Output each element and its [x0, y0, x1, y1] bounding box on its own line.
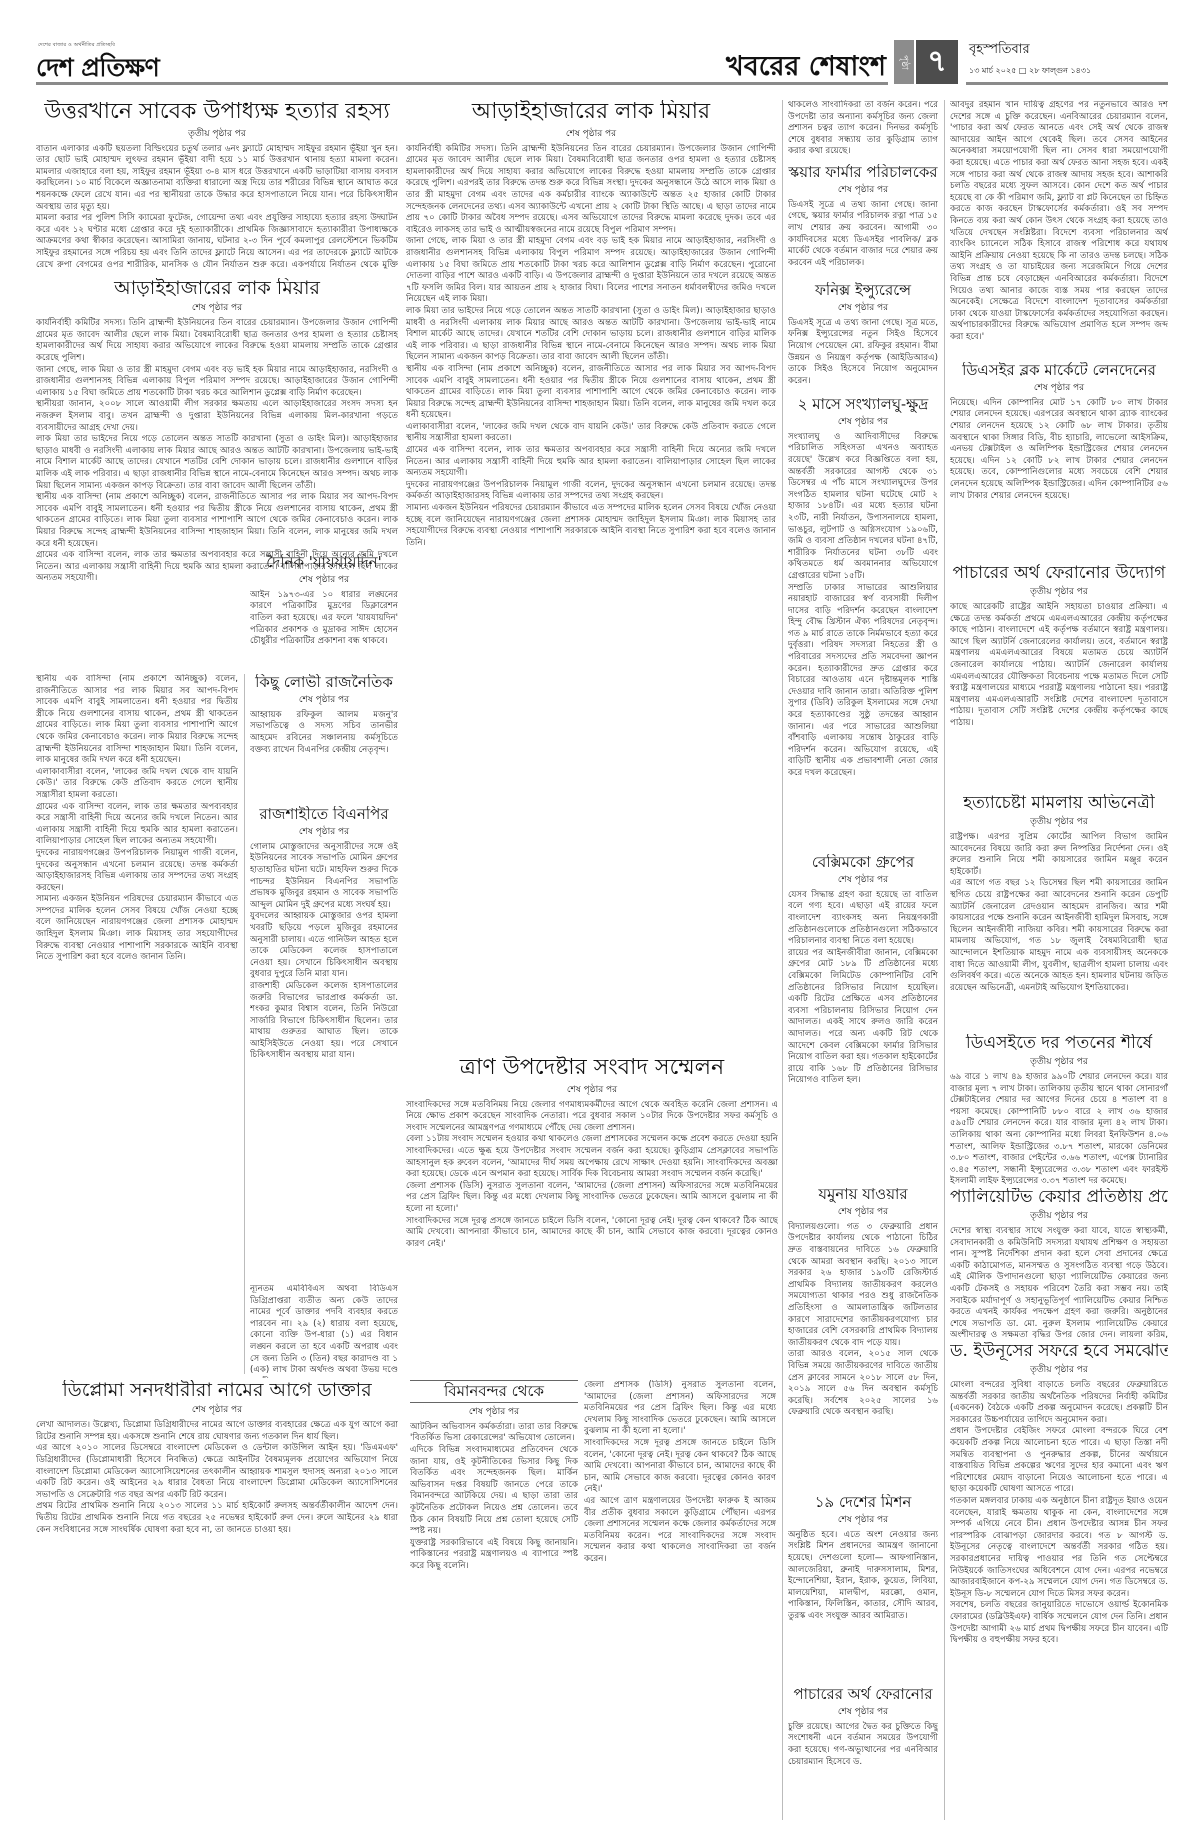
article-rajshahi[interactable]: রাজশাহীতে বিএনপির শেষ পৃষ্ঠার পর গোলাম ম…: [250, 806, 398, 1276]
article-mission-19[interactable]: ১৯ দেশের মিশন শেষ পৃষ্ঠার পর অনুষ্ঠিত হব…: [788, 1494, 938, 1682]
article-jaijaidin[interactable]: দৈনিক 'যায়যায়দিন' শেষ পৃষ্ঠার পর আইন ১…: [250, 554, 398, 664]
jump-line: শেষ পৃষ্ঠার পর: [788, 300, 938, 315]
jump-line: তৃতীয় পৃষ্ঠার পর: [950, 814, 1168, 829]
article-body: মোংলা বন্দরের সুবিধা বাড়াতে চলতি বছরের …: [950, 1380, 1168, 1647]
paragraph: জানা গেছে, লাক মিয়া ও তার স্ত্রী মাহমুদ…: [36, 365, 398, 400]
article-headline[interactable]: প্যালিয়েটিভ কেয়ার প্রতিষ্ঠায় প্রয়োজন: [950, 1188, 1168, 1207]
paragraph: সাংবাদিকদের সঙ্গে দূরত্ব প্রসঙ্গে জানতে …: [584, 1438, 776, 1496]
jump-line: তৃতীয় পৃষ্ঠার পর: [950, 584, 1168, 599]
paragraph: চুক্তি রয়েছে। আগের দ্বৈত কর চুক্তিতে কি…: [788, 1722, 938, 1768]
paragraph: যেসব সিদ্ধান্ত গ্রহণ করা হয়েছে তা বাতিল…: [788, 890, 938, 948]
paragraph: সাংবাদিকদের সঙ্গে দূরত্ব প্রসঙ্গে জানতে …: [406, 1216, 778, 1251]
paragraph: গ্রামের এক বাসিন্দা বলেন, লাক তার ক্ষমতা…: [406, 445, 776, 480]
article-songkhaloghu[interactable]: ২ মাসে সংখ্যালঘু-ক্ষুদ্র শেষ পৃষ্ঠার পর …: [788, 396, 938, 848]
jump-line: শেষ পৃষ্ঠার পর: [410, 1404, 578, 1419]
paragraph: সাংবাদিকদের সঙ্গে মতবিনিময় নিয়ে জেলার …: [406, 1100, 778, 1135]
article-body: গোলাম মোস্তুজাদের অনুসারীদের সঙ্গে ওই ইউ…: [250, 842, 398, 1062]
jump-line: শেষ পৃষ্ঠার পর: [250, 572, 398, 587]
jump-line: শেষ পৃষ্ঠার পর: [788, 414, 938, 429]
paragraph: এর আগে ২০১০ সালের ডিসেম্বরে বাংলাদেশ মেড…: [36, 1443, 398, 1501]
article-body: লেখা আদালত। উল্লেখ্য, ডিপ্লোমা ডিগ্রিধার…: [36, 1420, 398, 1536]
jump-line: তৃতীয় পৃষ্ঠার পর: [36, 126, 398, 141]
jump-line: শেষ পৃষ্ঠার পর: [788, 1204, 938, 1219]
jump-line: তৃতীয় পৃষ্ঠার পর: [950, 1208, 1168, 1223]
article-headline[interactable]: যমুনায় যাওয়ার: [788, 1186, 938, 1203]
page-number: ৭: [916, 40, 958, 84]
article-headline[interactable]: আড়াইহাজারের লাক মিয়ার: [406, 100, 776, 125]
paragraph: গ্রামের এক বাসিন্দা বলেন, লাক তার ক্ষমতা…: [36, 802, 238, 848]
paragraph: রাজশাহী মেডিকেল কলেজ হাসপাতালের জরুরি বি…: [250, 981, 398, 1062]
paragraph: মামলা করার পর পুলিশ সিসি ক্যামেরা ফুটেজ,…: [36, 213, 398, 270]
date-line: ১৩ মার্চ ২০২৫ □ ২৮ ফাল্গুন ১৪৩১: [969, 65, 1169, 78]
article-biman[interactable]: বিমানবন্দর থেকে শেষ পৃষ্ঠার পর আটকিন অভি…: [410, 1380, 578, 1820]
paragraph: ডিএসই সূত্রে এ তথ্য জানা গেছে। জানা গেছে…: [788, 200, 938, 270]
article-phoenix[interactable]: ফনিক্স ইন্স্যুরেন্সে শেষ পৃষ্ঠার পর ডিএস…: [788, 282, 938, 390]
paragraph: দেশের স্বাস্থ্য ব্যবস্থার সাথে সংযুক্ত ক…: [950, 1226, 1168, 1338]
paragraph: প্রথম রিটের প্রাথমিক শুনানি নিয়ে ২০১৩ স…: [36, 1501, 398, 1536]
paragraph: দুদকের নারায়ণগঞ্জের উপপরিচালক নিয়ামুল …: [406, 480, 776, 503]
article-headline[interactable]: ত্রাণ উপদেষ্টার সংবাদ সম্মেলন: [406, 1056, 778, 1081]
article-pacharer-bottom[interactable]: পাচারের অর্থ ফেরানোর শেষ পৃষ্ঠার পর চুক্…: [788, 1686, 938, 1820]
paragraph: এর আগে ত্রাণ মন্ত্রণালয়ের উপদেষ্টা ফারু…: [584, 1496, 776, 1566]
jump-line: শেষ পৃষ্ঠার পর: [788, 182, 938, 197]
article-body: দেশের স্বাস্থ্য ব্যবস্থার সাথে সংযুক্ত ক…: [950, 1226, 1168, 1338]
column-rule: [244, 674, 245, 1374]
article-uttarkhan[interactable]: উত্তরখানে সাবেক উপাধ্যক্ষ হত্যার রহস্য ত…: [36, 100, 398, 270]
paragraph: আইন ১৯৭৩-এর ১০ ধারার লঙ্ঘনের কারণে পত্রি…: [250, 590, 398, 648]
article-body: অনুষ্ঠিত হবে। এতে অংশ নেওয়ার জন্য সংশ্ল…: [788, 1530, 938, 1623]
article-body: আবদুর রহমান খান দায়িত্ব গ্রহণের পর নতুন…: [950, 100, 1168, 343]
paragraph: প্রধান উপদেষ্টার বেইজিং সফরে মোংলা বন্দর…: [950, 1426, 1168, 1496]
jump-line: তৃতীয় পৃষ্ঠার পর: [950, 1054, 1168, 1069]
article-diploma[interactable]: ডিপ্লোমা সনদধারীরা নামের আগে ডাক্তার শেষ…: [36, 1380, 398, 1820]
article-body: থাকলেও সাংবাদিকরা তা বর্জন করেন। পরে উপদ…: [788, 100, 938, 158]
article-square-pharma[interactable]: স্কয়ার ফার্মার পরিচালকের শেষ পৃষ্ঠার পর…: [788, 164, 938, 276]
article-headline[interactable]: কিছু লোভী রাজনৈতিক: [250, 674, 398, 691]
paragraph: গোলাম মোস্তুজাদের অনুসারীদের সঙ্গে ওই ইউ…: [250, 842, 398, 912]
column-rule: [944, 100, 945, 1820]
paragraph: সম্প্রতি ঢাকার সাভারের আশুলিয়ার নয়ারহা…: [788, 583, 938, 780]
jump-line: তৃতীয় পৃষ্ঠার পর: [950, 1362, 1168, 1377]
article-body: ডিএসই সূত্রে এ তথ্য জানা গেছে। সূত্র মতে…: [788, 318, 938, 388]
paragraph: নিয়েছে। এদিন কোম্পানির মোট ১৭ কোটি ৮০ ল…: [950, 398, 1168, 502]
article-headline[interactable]: ড. ইউনূসের সফরে হবে সমঝোতা, মোংলা: [950, 1342, 1168, 1361]
date-block: বৃহস্পতিবার ১৩ মার্চ ২০২৫ □ ২৮ ফাল্গুন ১…: [969, 40, 1169, 78]
masthead: দেশের বাজার ও অর্থনীতির প্রতিচ্ছবি দেশ প…: [36, 28, 1168, 86]
paragraph: কার্যনির্বাহী কমিটির সদস্য। তিনি ব্রাহ্ম…: [406, 144, 776, 237]
jump-line: শেষ পৃষ্ঠার পর: [788, 872, 938, 887]
paragraph: বেলা ১১টায় সংবাদ সম্মেলন হওয়ার কথা থাক…: [406, 1134, 778, 1180]
paragraph: লাক মিয়া তার ভাইদের নিয়ে গড়ে তোলেন অন…: [36, 434, 398, 492]
article-body: নিয়েছে। এদিন কোম্পানির মোট ১৭ কোটি ৮০ ল…: [950, 398, 1168, 502]
paragraph: সবশেষ, চলতি বছরের জানুয়ারিতে দাভোসে ওয়…: [950, 1600, 1168, 1646]
column-rule: [782, 100, 783, 1820]
paragraph: সামান্য একজন ইউনিয়ন পরিষদের চেয়ারম্যান…: [406, 503, 776, 549]
paragraph: ডিএসই সূত্রে এ তথ্য জানা গেছে। সূত্র মতে…: [788, 318, 938, 388]
paragraph: এলাকাবাসীরা বলেন, 'লাকের জমি দখল থেকে বা…: [36, 767, 238, 802]
article-headline[interactable]: বেক্সিমকো গ্রুপের: [788, 854, 938, 871]
jump-line: শেষ পৃষ্ঠার পর: [406, 1082, 778, 1097]
article-tran-upodeshta[interactable]: ত্রাণ উপদেষ্টার সংবাদ সম্মেলন শেষ পৃষ্ঠা…: [406, 1056, 778, 1376]
article-headline[interactable]: আড়াইহাজারের লাক মিয়ার: [36, 278, 398, 299]
article-headline[interactable]: ২ মাসে সংখ্যালঘু-ক্ষুদ্র: [788, 396, 938, 413]
jump-line: শেষ পৃষ্ঠার পর: [788, 1704, 938, 1719]
article-body: ন্যূনতম এমবিবিএস অথবা বিডিএস ডিগ্রিপ্রাপ…: [250, 1284, 398, 1378]
article-headline[interactable]: পাচারের অর্থ ফেরানোর: [788, 1686, 938, 1703]
article-dse-block-market[interactable]: ডিএসইর ব্লক মার্কেটে লেনদেনের শেষ পৃষ্ঠা…: [950, 362, 1168, 560]
paragraph: থাকলেও সাংবাদিকরা তা বর্জন করেন। পরে উপদ…: [788, 100, 938, 158]
page-label: পৃষ্ঠা: [894, 40, 914, 84]
paragraph: ৬৯ বারে ১ লাখ ৪৯ হাজার ৯৯০টি শেয়ার লেনদ…: [950, 1072, 1168, 1184]
article-body: জেলা প্রশাসক (ডিসি) নুসরাত সুলতানা বলেন,…: [584, 1380, 776, 1566]
article-body: রাষ্ট্রপক্ষ। এরপর সুপ্রিম কোর্টের আপিল ব…: [950, 832, 1168, 994]
article-body: কার্যনির্বাহী কমিটির সদস্য। তিনি ব্রাহ্ম…: [36, 318, 398, 585]
paragraph: স্থানীয় এক বাসিন্দা (নাম প্রকাশে অনিচ্ছ…: [406, 364, 776, 422]
article-column-four-top: থাকলেও সাংবাদিকরা তা বর্জন করেন। পরে উপদ…: [788, 100, 938, 162]
jump-line: শেষ পৃষ্ঠার পর: [950, 380, 1168, 395]
paragraph: রায়ের পর আইনজীবীরা জানান, বেক্সিমকো গ্র…: [788, 948, 938, 1087]
article-headline[interactable]: দৈনিক 'যায়যায়দিন': [250, 554, 398, 571]
paragraph: আবদুর রহমান খান দায়িত্ব গ্রহণের পর নতুন…: [950, 100, 1168, 343]
paragraph: আটকিন অভিবাসন কর্মকর্তারা। তারা তার বিরু…: [410, 1422, 578, 1445]
paragraph: স্থানীয়রা জানান, ২০০৮ সালে আওয়ামী লীগ …: [36, 399, 398, 434]
article-headline[interactable]: উত্তরখানে সাবেক উপাধ্যক্ষ হত্যার রহস্য: [36, 100, 398, 125]
paragraph: কার্যনির্বাহী কমিটির সদস্য। তিনি ব্রাহ্ম…: [36, 318, 398, 364]
paragraph: বাতান এলাকার একটি ছয়তলা বিল্ডিংয়ের চতু…: [36, 144, 398, 214]
article-palliative[interactable]: প্যালিয়েটিভ কেয়ার প্রতিষ্ঠায় প্রয়োজন…: [950, 1188, 1168, 1338]
article-kichu-lobhi[interactable]: কিছু লোভী রাজনৈতিক শেষ পৃষ্ঠার পর আহ্বায…: [250, 674, 398, 802]
article-jamunay[interactable]: যমুনায় যাওয়ার শেষ পৃষ্ঠার পর বিদ্যালয়…: [788, 1186, 938, 1490]
paragraph: গতকাল মঙ্গলবার ঢাকায় এক অনুষ্ঠানে চীনা …: [950, 1496, 1168, 1600]
article-tran-continued: জেলা প্রশাসক (ডিসি) নুসরাত সুলতানা বলেন,…: [584, 1380, 776, 1710]
jump-line: শেষ পৃষ্ঠার পর: [36, 1402, 398, 1417]
article-right-top-continued: আবদুর রহমান খান দায়িত্ব গ্রহণের পর নতুন…: [950, 100, 1168, 358]
paragraph: আহ্বায়ক রফিকুল আলম মজনু'র সভাপতিত্বে ও …: [250, 710, 398, 756]
paragraph: যুবদলের আহ্বায়ক মোস্তুজার ওপর হামলা খবর…: [250, 911, 398, 981]
paragraph: সংখ্যালঘু ও আদিবাসীদের বিরুদ্ধে পরিচালিত…: [788, 432, 938, 583]
article-headline[interactable]: পাচারের অর্থ ফেরানোর উদ্যোগ: [950, 564, 1168, 583]
paragraph: যুক্তরাষ্ট্র সরকারিভাবে এই বিষয়ে কিছু জ…: [410, 1538, 578, 1573]
paragraph: জেলা প্রশাসক (ডিসি) নুসরাত সুলতানা বলেন,…: [584, 1380, 776, 1438]
jump-line: শেষ পৃষ্ঠার পর: [406, 126, 776, 141]
article-body: সাংবাদিকদের সঙ্গে মতবিনিময় নিয়ে জেলার …: [406, 1100, 778, 1251]
article-headline[interactable]: বিমানবন্দর থেকে: [410, 1380, 578, 1403]
paragraph: ন্যূনতম এমবিবিএস অথবা বিডিএস ডিগ্রিপ্রাপ…: [250, 1284, 398, 1378]
paragraph: জেলা প্রশাসক (ডিসি) নুসরাত সুলতানা বলেন,…: [406, 1181, 778, 1216]
jump-line: শেষ পৃষ্ঠার পর: [250, 692, 398, 707]
article-body: কাছে আরেকটি রাষ্ট্রের আইনি সহায়তা চাওয়…: [950, 602, 1168, 730]
paragraph: সামান্য একজন ইউনিয়ন পরিষদের চেয়ারম্যান…: [36, 894, 238, 964]
article-headline[interactable]: ডিএসইর ব্লক মার্কেটে লেনদেনের: [950, 362, 1168, 379]
paragraph: এর আগে গত বছর ১২ ডিসেম্বর ছিল শমী কায়সা…: [950, 878, 1168, 994]
article-pacharer-top[interactable]: পাচারের অর্থ ফেরানোর উদ্যোগ তৃতীয় পৃষ্ঠ…: [950, 564, 1168, 790]
paragraph: বিদ্যালয়গুলো। গত ৩ ফেব্রুয়ারি প্রধান উ…: [788, 1222, 938, 1350]
jump-line: শেষ পৃষ্ঠার পর: [788, 1512, 938, 1527]
article-body: ৬৯ বারে ১ লাখ ৪৯ হাজার ৯৯০টি শেয়ার লেনদ…: [950, 1072, 1168, 1184]
paragraph: জানা গেছে, লাক মিয়া ও তার স্ত্রী মাহমুদ…: [406, 236, 776, 306]
article-biman-top-text: ন্যূনতম এমবিবিএস অথবা বিডিএস ডিগ্রিপ্রাপ…: [250, 1284, 398, 1378]
paragraph: এদিকে বিভিন্ন সংবাদমাধ্যমের প্রতিবেদন থে…: [410, 1445, 578, 1538]
paragraph: এলাকাবাসীরা বলেন, 'লাকের জমি দখল থেকে বা…: [406, 422, 776, 445]
article-headline[interactable]: স্কয়ার ফার্মার পরিচালকের: [788, 164, 938, 181]
paragraph: অনুষ্ঠিত হবে। এতে অংশ নেওয়ার জন্য সংশ্ল…: [788, 1530, 938, 1623]
paragraph: রাষ্ট্রপক্ষ। এরপর সুপ্রিম কোর্টের আপিল ব…: [950, 832, 1168, 878]
article-headline[interactable]: হত্যাচেষ্টা মামলায় অভিনেত্রী: [950, 794, 1168, 813]
jump-line: শেষ পৃষ্ঠার পর: [36, 300, 398, 315]
article-body: বাতান এলাকার একটি ছয়তলা বিল্ডিংয়ের চতু…: [36, 144, 398, 270]
paragraph: কাছে আরেকটি রাষ্ট্রের আইনি সহায়তা চাওয়…: [950, 602, 1168, 730]
date-rule: [966, 82, 1168, 85]
article-body: সংখ্যালঘু ও আদিবাসীদের বিরুদ্ধে পরিচালিত…: [788, 432, 938, 780]
paragraph: স্থানীয় এক বাসিন্দা (নাম প্রকাশে অনিচ্ছ…: [36, 492, 398, 550]
paragraph: মোংলা বন্দরের সুবিধা বাড়াতে চলতি বছরের …: [950, 1380, 1168, 1426]
article-headline[interactable]: রাজশাহীতে বিএনপির: [250, 806, 398, 823]
section-title: খবরের শেষাংশ: [611, 46, 886, 91]
article-body: ডিএসই সূত্রে এ তথ্য জানা গেছে। জানা গেছে…: [788, 200, 938, 270]
article-headline[interactable]: ১৯ দেশের মিশন: [788, 1494, 938, 1511]
article-lak-miyar-center[interactable]: আড়াইহাজারের লাক মিয়ার শেষ পৃষ্ঠার পর ক…: [406, 100, 776, 1050]
article-beximco[interactable]: বেক্সিমকো গ্রুপের শেষ পৃষ্ঠার পর যেসব সি…: [788, 854, 938, 1184]
article-body: বিদ্যালয়গুলো। গত ৩ ফেব্রুয়ারি প্রধান উ…: [788, 1222, 938, 1419]
article-dse-dor-poton[interactable]: ডিএসইতে দর পতনের শীর্ষে তৃতীয় পৃষ্ঠার প…: [950, 1034, 1168, 1184]
paragraph: দুদকের নারায়ণগঞ্জের উপপরিচালক নিয়ামুল …: [36, 848, 238, 894]
paragraph: তারা আরও বলেন, ২০১৫ সাল থেকে বিভিন্ন সময…: [788, 1349, 938, 1419]
article-body: কার্যনির্বাহী কমিটির সদস্য। তিনি ব্রাহ্ম…: [406, 144, 776, 550]
article-hottachesta[interactable]: হত্যাচেষ্টা মামলায় অভিনেত্রী তৃতীয় পৃষ…: [950, 794, 1168, 1030]
paragraph: লেখা আদালত। উল্লেখ্য, ডিপ্লোমা ডিগ্রিধার…: [36, 1420, 398, 1443]
weekday: বৃহস্পতিবার: [969, 40, 1169, 61]
article-headline[interactable]: ফনিক্স ইন্স্যুরেন্সে: [788, 282, 938, 299]
article-headline[interactable]: ডিপ্লোমা সনদধারীরা নামের আগে ডাক্তার: [36, 1380, 398, 1401]
article-body: আটকিন অভিবাসন কর্মকর্তারা। তারা তার বিরু…: [410, 1422, 578, 1573]
article-body: আহ্বায়ক রফিকুল আলম মজনু'র সভাপতিত্বে ও …: [250, 710, 398, 756]
article-body: যেসব সিদ্ধান্ত গ্রহণ করা হয়েছে তা বাতিল…: [788, 890, 938, 1087]
jump-line: শেষ পৃষ্ঠার পর: [250, 824, 398, 839]
article-headline[interactable]: ডিএসইতে দর পতনের শীর্ষে: [950, 1034, 1168, 1053]
article-lak-miyar-left-continued: স্থানীয় এক বাসিন্দা (নাম প্রকাশে অনিচ্ছ…: [36, 674, 238, 1274]
article-yunus-sofor[interactable]: ড. ইউনূসের সফরে হবে সমঝোতা, মোংলা তৃতীয়…: [950, 1342, 1168, 1820]
paragraph: লাক মিয়া তার ভাইদের নিয়ে গড়ে তোলেন অন…: [406, 306, 776, 364]
article-body: স্থানীয় এক বাসিন্দা (নাম প্রকাশে অনিচ্ছ…: [36, 674, 238, 964]
paragraph: স্থানীয় এক বাসিন্দা (নাম প্রকাশে অনিচ্ছ…: [36, 674, 238, 767]
article-body: চুক্তি রয়েছে। আগের দ্বৈত কর চুক্তিতে কি…: [788, 1722, 938, 1768]
article-body: আইন ১৯৭৩-এর ১০ ধারার লঙ্ঘনের কারণে পত্রি…: [250, 590, 398, 648]
